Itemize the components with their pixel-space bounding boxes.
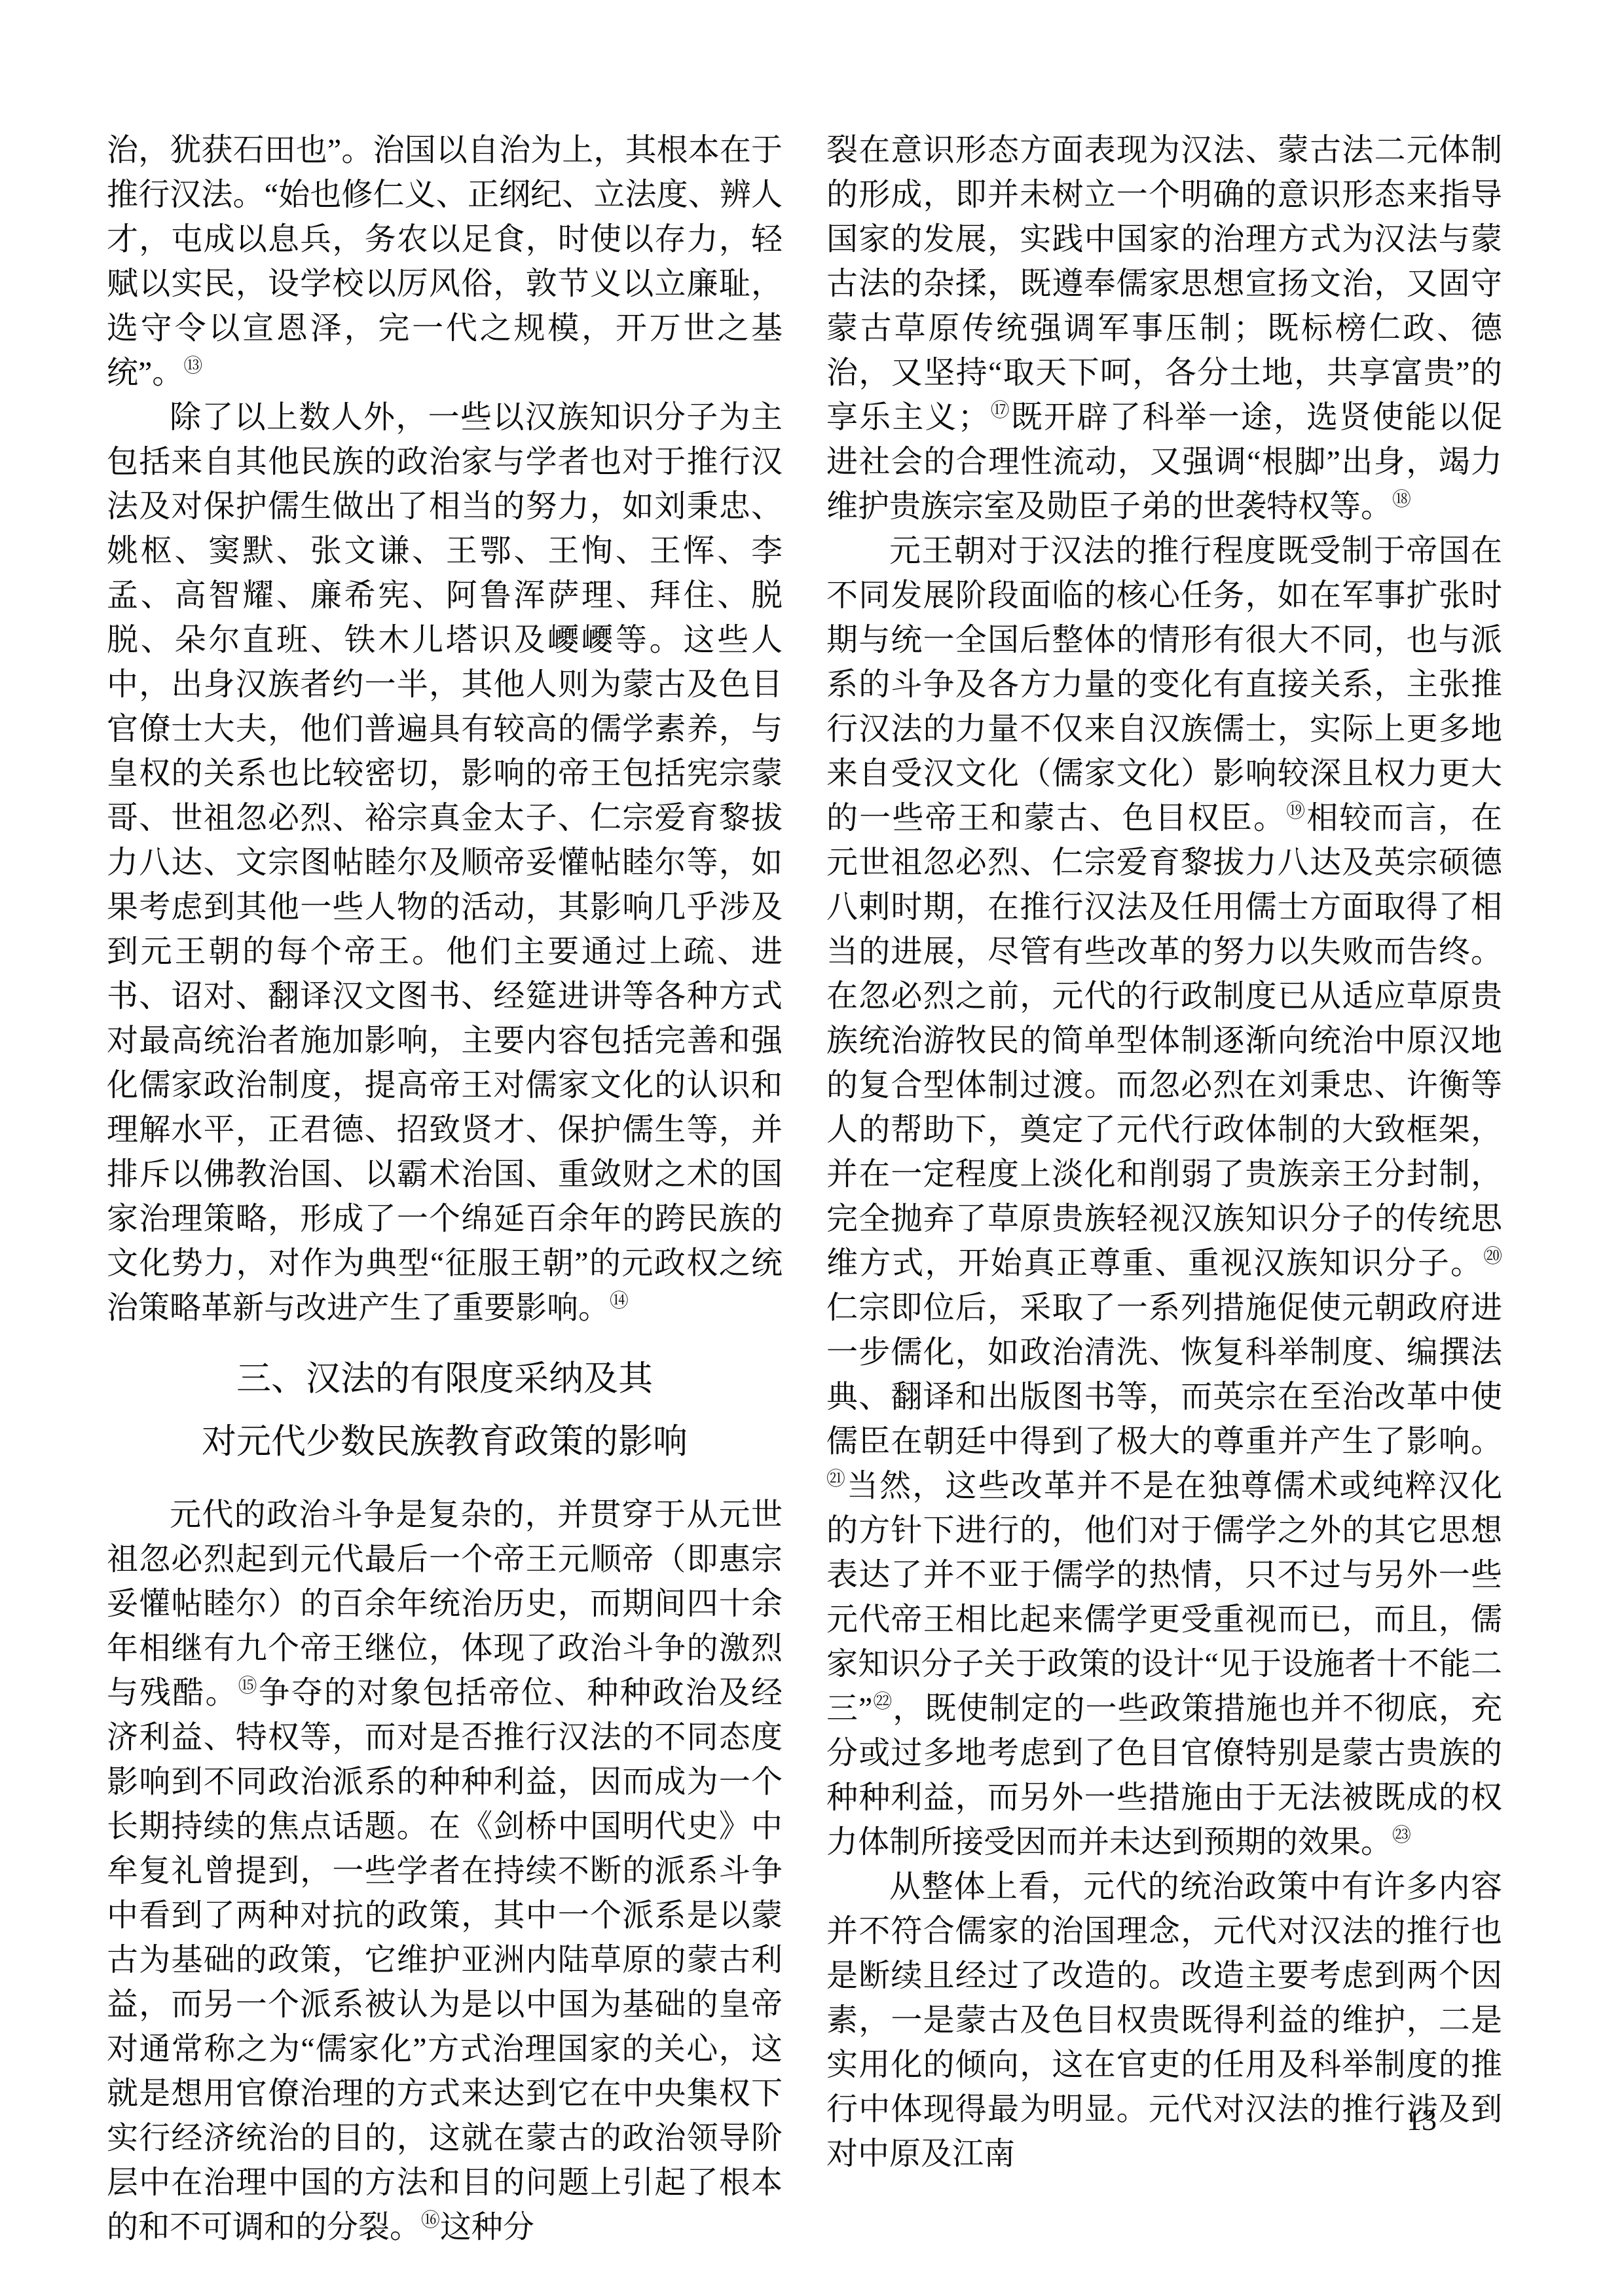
page-number: 13 xyxy=(1407,2101,1437,2140)
paragraph-continuation: 裂在意识形态方面表现为汉法、蒙古法二元体制的形成，即并未树立一个明确的意识形态来… xyxy=(826,128,1502,529)
paragraph: 元代的政治斗争是复杂的，并贯穿于从元世祖忽必烈起到元代最后一个帝王元顺帝（即惠宗… xyxy=(107,1493,783,2250)
document-page: 治，犹获石田也”。治国以自治为上，其根本在于推行汉法。“始也修仁义、正纲纪、立法… xyxy=(0,0,1624,2295)
paragraph: 除了以上数人外，一些以汉族知识分子为主包括来自其他民族的政治家与学者也对于推行汉… xyxy=(107,395,783,1331)
right-column: 裂在意识形态方面表现为汉法、蒙古法二元体制的形成，即并未树立一个明确的意识形态来… xyxy=(826,128,1502,2176)
section-heading-line-2: 对元代少数民族教育政策的影响 xyxy=(107,1410,783,1473)
section-heading: 三、汉法的有限度采纳及其 对元代少数民族教育政策的影响 xyxy=(107,1348,783,1473)
paragraph: 从整体上看，元代的统治政策中有许多内容并不符合儒家的治国理念，元代对汉法的推行也… xyxy=(826,1865,1502,2176)
paragraph-continuation: 治，犹获石田也”。治国以自治为上，其根本在于推行汉法。“始也修仁义、正纲纪、立法… xyxy=(107,128,783,395)
left-column: 治，犹获石田也”。治国以自治为上，其根本在于推行汉法。“始也修仁义、正纲纪、立法… xyxy=(107,128,783,2250)
section-heading-line-1: 三、汉法的有限度采纳及其 xyxy=(107,1348,783,1410)
paragraph: 元王朝对于汉法的推行程度既受制于帝国在不同发展阶段面临的核心任务，如在军事扩张时… xyxy=(826,529,1502,1865)
